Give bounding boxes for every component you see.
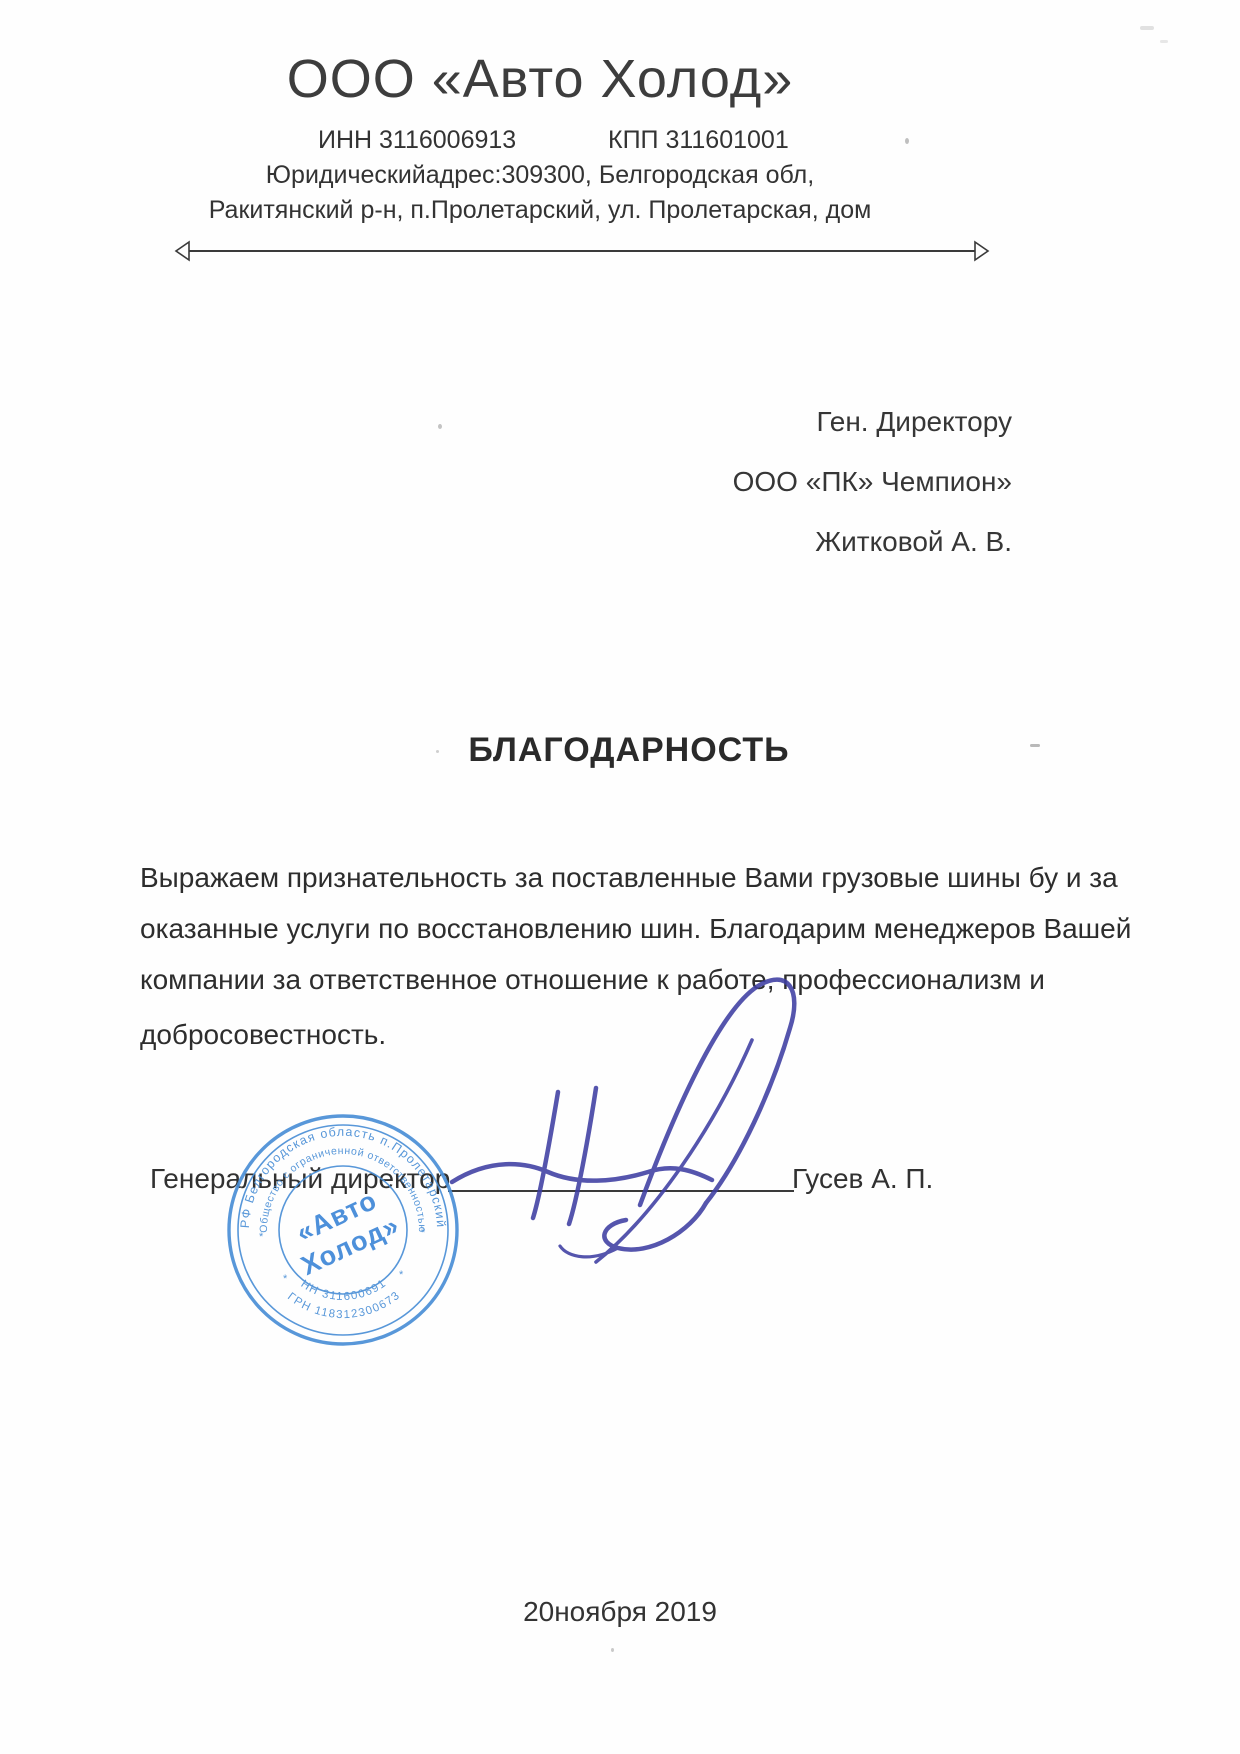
stamp-star: * bbox=[283, 1273, 288, 1285]
recipient-name: Житковой А. В. bbox=[733, 512, 1012, 572]
body-line: Выражаем признательность за поставленные… bbox=[140, 862, 1118, 894]
body-line: оказанные услуги по восстановлению шин. … bbox=[140, 913, 1131, 945]
inn-value: ИНН 3116006913 bbox=[318, 126, 516, 155]
address-line-1: Юридическийадрес:309300, Белгородская об… bbox=[190, 161, 890, 190]
company-stamp: РФ Белгородская область п.Пролетарский О… bbox=[223, 1110, 463, 1350]
stamp-star: * bbox=[421, 1227, 426, 1239]
body-line: добросовестность. bbox=[140, 1019, 386, 1051]
recipient-block: Ген. Директору ООО «ПК» Чемпион» Житково… bbox=[733, 392, 1012, 572]
company-name: ООО «Авто Холод» bbox=[190, 48, 890, 110]
scan-artifact bbox=[438, 424, 442, 429]
recipient-role: Ген. Директору bbox=[733, 392, 1012, 452]
scan-artifact bbox=[1160, 40, 1168, 43]
stamp-star: * bbox=[259, 1231, 264, 1243]
scan-artifact bbox=[1140, 26, 1154, 30]
kpp-value: КПП 311601001 bbox=[608, 126, 789, 155]
handwritten-signature bbox=[430, 960, 910, 1280]
scan-artifact bbox=[905, 138, 909, 144]
letterhead: ООО «Авто Холод» bbox=[190, 0, 890, 110]
scan-artifact bbox=[1030, 744, 1040, 747]
document-page: ООО «Авто Холод» ИНН 3116006913 КПП 3116… bbox=[0, 0, 1240, 1754]
letter-title: БЛАГОДАРНОСТЬ bbox=[0, 731, 1240, 770]
recipient-company: ООО «ПК» Чемпион» bbox=[733, 452, 1012, 512]
address-line-2: Ракитянский р-н, п.Пролетарский, ул. Про… bbox=[150, 196, 930, 225]
stamp-star: * bbox=[399, 1269, 404, 1281]
scan-artifact bbox=[436, 750, 439, 753]
scan-artifact bbox=[611, 1648, 614, 1652]
double-arrow-divider-icon bbox=[172, 238, 992, 264]
letter-date: 20ноября 2019 bbox=[400, 1596, 840, 1628]
